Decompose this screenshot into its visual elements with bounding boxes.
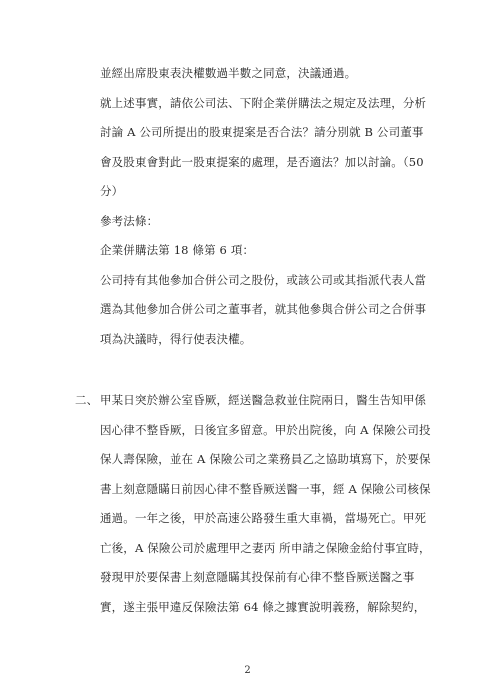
question2-block: 二、 甲某日突於辦公室昏厥，經送醫急救並住院兩日，醫生告知甲係 因心律不整昏厥，… [75,386,445,622]
text-line: 發現甲於要保書上刻意隱瞞其投保前有心律不整昏厥送醫之事 [100,563,445,593]
text-line: 討論 A 公司所提出的股東提案是否合法？請分別就 B 公司董事 [100,118,445,148]
text-line: 會及股東會對此一股東提案的處理，是否適法？加以討論。（50 [100,148,445,178]
text-line: 實，遂主張甲違反保險法第 64 條之據實說明義務，解除契約， [100,593,445,623]
text-line: 分） [100,177,445,207]
text-line: 並經出席股東表決權數過半數之同意，決議通過。 [100,59,445,89]
text-line: 公司持有其他參加合併公司之股份，或該公司或其指派代表人當 [100,266,445,296]
text-line: 亡後，A 保險公司於處理甲之妻丙 所申請之保險金給付事宜時， [100,534,445,564]
text-line: 選為其他參加合併公司之董事者，就其他參與合併公司之合併事 [100,295,445,325]
statute-citation: 企業併購法第 18 條第 6 項： [100,236,445,266]
text-line: 甲某日突於辦公室昏厥，經送醫急救並住院兩日，醫生告知甲係 [100,386,445,416]
text-line: 項為決議時，得行使表決權。 [100,325,445,355]
text-line: 書上刻意隱瞞日前因心律不整昏厥送醫一事，經 A 保險公司核保 [100,475,445,505]
text-line: 通過。一年之後，甲於高速公路發生重大車禍，當場死亡。甲死 [100,504,445,534]
reference-statutes-heading: 參考法條： [100,207,445,237]
page-number: 2 [0,664,495,678]
text-line: 保人壽保險，並在 A 保險公司之業務員乙之協助填寫下，於要保 [100,445,445,475]
question2-number-marker: 二、 [75,386,98,416]
question2-text: 甲某日突於辦公室昏厥，經送醫急救並住院兩日，醫生告知甲係 因心律不整昏厥，日後宜… [100,386,445,622]
question1-continuation-block: 並經出席股東表決權數過半數之同意，決議通過。 就上述事實，請依公司法、下附企業併… [100,59,445,354]
text-line: 就上述事實，請依公司法、下附企業併購法之規定及法理，分析 [100,89,445,119]
document-page: 並經出席股東表決權數過半數之同意，決議通過。 就上述事實，請依公司法、下附企業併… [0,0,495,700]
text-line: 因心律不整昏厥，日後宜多留意。甲於出院後，向 A 保險公司投 [100,416,445,446]
